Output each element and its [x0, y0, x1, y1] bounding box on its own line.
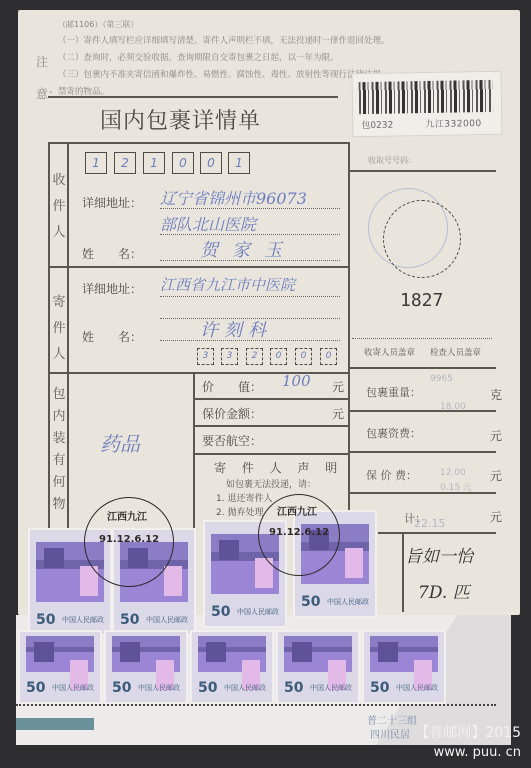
divider: [348, 492, 496, 494]
recipient-postcode-digit[interactable]: 1: [143, 152, 165, 174]
handwritten-signature: 7D. 匹: [418, 578, 470, 603]
recipient-postcode-digit[interactable]: 1: [228, 152, 250, 174]
postage-stamp: 50中国人民邮政: [20, 632, 100, 702]
stamp-country: 中国人民邮政: [62, 615, 104, 625]
stamp-country: 中国人民邮政: [237, 607, 279, 617]
sender-address-label: 详细地址：: [82, 280, 142, 297]
sheet-series-note: 普二十三组: [367, 712, 417, 727]
contents-handwritten[interactable]: 药品: [100, 428, 140, 457]
dispatch-postmark: 江西九江 91.12.6.12: [258, 494, 340, 576]
color-bar: [16, 718, 94, 730]
recipient-postcode-digit[interactable]: 1: [85, 152, 107, 174]
name-underline: [160, 260, 340, 261]
divider: [48, 266, 348, 268]
address-underline: [160, 296, 340, 297]
handler-stamp-label: 收寄人员盖章: [364, 346, 415, 358]
watermark-title: 【普邮网】2015: [415, 722, 521, 742]
divider: [193, 425, 348, 427]
postage-stamp: 50中国人民邮政: [364, 632, 444, 702]
postage-label: 包裹资费：: [366, 425, 421, 441]
recipient-name[interactable]: 贺家玉: [200, 236, 296, 262]
divider: [348, 170, 496, 172]
barcode-right-text: 九江332000: [425, 116, 482, 130]
barcode-label: 包0232 九江332000: [351, 71, 502, 138]
name-underline: [160, 340, 340, 341]
sender-postcode-digit[interactable]: 3: [197, 348, 214, 365]
postage-stamp: 50中国人民邮政: [278, 632, 358, 702]
barcode-bars: [359, 80, 494, 114]
sender-postcode-digit[interactable]: 3: [221, 348, 238, 365]
recipient-postcode-digit[interactable]: 2: [114, 152, 136, 174]
divider: [352, 338, 492, 339]
sender-postcode-digit[interactable]: 2: [246, 348, 263, 365]
grid-line: [402, 532, 404, 612]
insured-label: 保价金额：: [202, 405, 262, 422]
divider: [193, 398, 348, 400]
handwritten-signature: 旨如一怡: [405, 542, 473, 567]
value-label: 价 值：: [202, 378, 262, 395]
recipient-address-line2[interactable]: 部队北山医院: [160, 212, 256, 235]
notice-block: （邮1106）（第三联） （一）寄件人填写栏应详细填写清楚。寄件人声明栏不填，无…: [58, 16, 390, 101]
recipient-side-label: 收件人: [52, 168, 66, 246]
total-unit: 元: [490, 508, 502, 525]
stamp-value: 50: [301, 594, 320, 610]
value-unit: 元: [332, 378, 344, 395]
declaration-title: 寄 件 人 声 明: [214, 459, 343, 476]
form-code: （邮1106）（第三联）: [58, 16, 390, 33]
insurance-unit: 元: [490, 467, 502, 484]
total-value: 22.15: [414, 517, 446, 530]
insurance-value: 12.00: [440, 468, 466, 478]
serial-number: 1827: [400, 290, 443, 311]
declaration-subtitle: 如包裹无法投递，请：: [226, 477, 316, 490]
notice-item: （一）寄件人填写栏应详细填写清楚。寄件人声明栏不填，无法投递时一律作退回处理。: [58, 33, 390, 50]
barcode-left-text: 包0232: [361, 118, 393, 132]
form-title: 国内包裹详情单: [100, 104, 261, 135]
divider: [193, 453, 348, 455]
recipient-postcode-digit[interactable]: 0: [172, 152, 194, 174]
divider: [348, 367, 496, 369]
postage-unit: 元: [490, 427, 502, 444]
sender-address-line1[interactable]: 江西省九江市中医院: [160, 274, 295, 295]
divider: [48, 96, 338, 98]
weight-unit: 克: [490, 386, 502, 403]
notice-item: （二）查询时，必须交验收据。查询期限自交寄包裹之日起，以一年为限。: [58, 50, 390, 67]
declaration-option-discard[interactable]: 2. 抛弃处理: [216, 505, 263, 518]
receipt-number-label: 收取号号码：: [368, 155, 416, 166]
recipient-postcode-digit[interactable]: 0: [200, 152, 222, 174]
divider: [48, 142, 348, 144]
address-underline: [160, 234, 340, 235]
sender-postcode-digit[interactable]: 0: [295, 348, 312, 365]
stamp-country: 中国人民邮政: [146, 615, 188, 625]
address-underline: [160, 208, 340, 209]
sender-side-label: 寄件人: [52, 290, 66, 368]
dispatch-postmark: 江西九江 91.12.6.12: [84, 497, 174, 587]
recipient-address-label: 详细地址：: [82, 194, 142, 211]
sender-postcode-digit[interactable]: 0: [270, 348, 287, 365]
sender-name-label: 姓 名：: [82, 328, 142, 345]
checker-stamp-label: 检查人员盖章: [430, 346, 481, 358]
value-amount[interactable]: 100: [282, 372, 311, 390]
insured-unit: 元: [332, 405, 344, 422]
notice-side-label: 注意：: [36, 46, 50, 110]
stamp-value: 50: [211, 604, 230, 620]
weight-label: 包裹重量：: [366, 384, 421, 400]
weight-value: 9965: [430, 374, 453, 384]
declaration-option-return[interactable]: 1. 退还寄件人: [216, 491, 272, 504]
contents-side-label: 包内装有何物: [52, 384, 66, 516]
sender-name[interactable]: 许刻科: [200, 316, 272, 342]
sheet-series-name: 四川民居: [370, 726, 410, 741]
stamp-country: 中国人民邮政: [327, 597, 369, 607]
postage-value: 18.00: [440, 402, 466, 412]
recipient-address-line1[interactable]: 辽宁省锦州市96073: [160, 186, 307, 209]
watermark-url: www. puu. cn: [434, 745, 521, 760]
airmail-label: 要否航空：: [202, 432, 262, 449]
divider: [348, 410, 496, 412]
postage-stamp: 50中国人民邮政: [192, 632, 272, 702]
sender-postcode-digit[interactable]: 0: [320, 348, 337, 365]
insurance-label: 保 价 费：: [366, 467, 417, 483]
recipient-name-label: 姓 名：: [82, 245, 142, 262]
receiving-postmark-ring: [383, 200, 461, 278]
stamp-value: 50: [120, 612, 139, 628]
postage-stamp: 50中国人民邮政: [106, 632, 186, 702]
perforation: [16, 704, 496, 706]
divider: [378, 532, 496, 534]
stamp-value: 50: [36, 612, 55, 628]
divider: [348, 451, 496, 453]
